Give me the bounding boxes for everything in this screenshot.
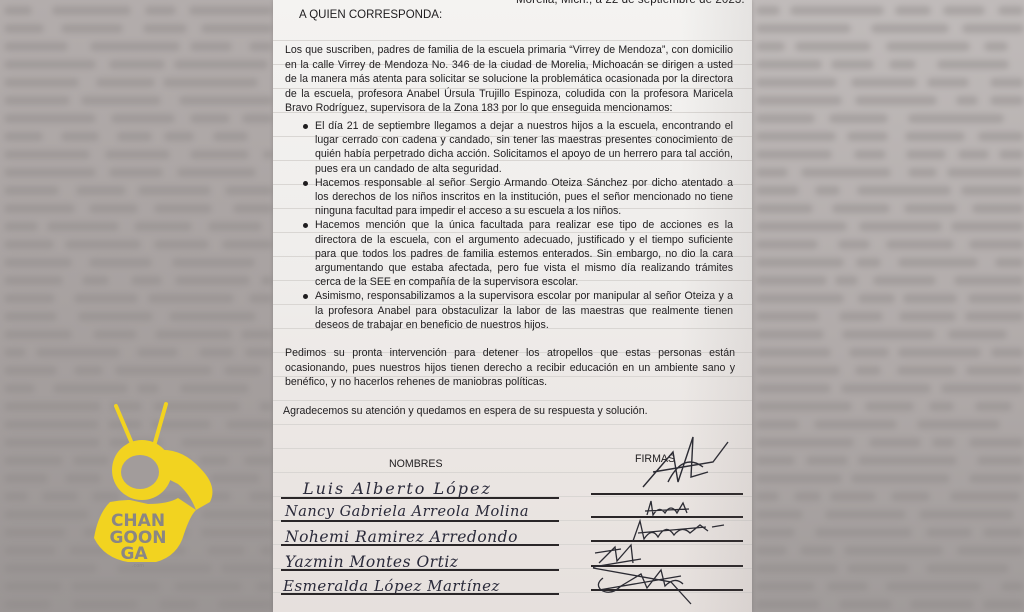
blurred-text-stripe: [851, 78, 917, 87]
ruled-line: [273, 424, 752, 425]
blurred-text-stripe: [847, 564, 909, 573]
blurred-text-stripe: [61, 132, 99, 141]
blurred-text-stripe: [756, 222, 847, 231]
blurred-text-stripe: [105, 150, 171, 159]
blurred-text-stripe: [871, 24, 949, 33]
blurred-text-stripe: [977, 456, 1024, 465]
blurred-text-stripe: [832, 204, 889, 213]
blurred-text-stripe: [260, 546, 273, 555]
blurred-text-stripe: [849, 348, 889, 357]
blurred-text-stripe: [950, 492, 1020, 501]
blurred-text-stripe: [991, 348, 1024, 357]
blurred-text-stripe: [137, 384, 159, 393]
blurred-text-stripe: [943, 6, 986, 15]
blurred-text-stripe: [199, 348, 234, 357]
blurred-text-stripe: [4, 366, 57, 375]
complaint-item: El día 21 de septiembre llegamos a dejar…: [285, 119, 733, 176]
blurred-text-stripe: [4, 60, 96, 69]
blurred-text-stripe: [174, 60, 268, 69]
blurred-text-stripe: [256, 582, 273, 591]
blurred-text-stripe: [856, 258, 881, 267]
blurred-text-stripe: [4, 384, 35, 393]
blurred-text-stripe: [948, 330, 1007, 339]
blurred-text-stripe: [966, 366, 1024, 375]
blurred-text-stripe: [825, 510, 907, 519]
blurred-text-stripe: [990, 78, 1024, 87]
blurred-text-stripe: [4, 6, 32, 15]
blurred-text-stripe: [74, 294, 139, 303]
blurred-text-stripe: [245, 348, 273, 357]
signature-scribble: [628, 517, 728, 545]
blurred-text-stripe: [756, 42, 785, 51]
blurred-text-stripe: [190, 114, 230, 123]
blurred-text-stripe: [756, 546, 787, 555]
blurred-text-stripe: [4, 600, 51, 609]
blurred-text-stripe: [134, 222, 191, 231]
blurred-text-stripe: [926, 564, 1009, 573]
blurred-text-stripe: [756, 600, 820, 609]
blurred-text-stripe: [65, 240, 141, 249]
blurred-text-stripe: [241, 330, 273, 339]
blurred-text-stripe: [756, 6, 780, 15]
blurred-text-stripe: [154, 240, 208, 249]
blurred-text-stripe: [71, 582, 160, 591]
blurred-text-stripe: [221, 564, 273, 573]
handwritten-name: Nancy Gabriela Arreola Molina: [285, 504, 529, 520]
blurred-text-stripe: [929, 402, 954, 411]
blurred-text-stripe: [794, 492, 821, 501]
signature-scribble: [643, 497, 713, 519]
blurred-text-stripe: [854, 150, 887, 159]
blurred-text-stripe: [898, 258, 979, 267]
blurred-text-stripe: [903, 294, 956, 303]
blurred-text-stripe: [886, 582, 981, 591]
blurred-text-stripe: [164, 132, 194, 141]
letter-salutation: A QUIEN CORRESPONDA:: [299, 9, 442, 21]
blurred-text-stripe: [800, 546, 834, 555]
blurred-text-stripe: [908, 168, 937, 177]
complaint-item: Hacemos responsable al señor Sergio Arma…: [285, 176, 733, 219]
blurred-text-stripe: [89, 204, 139, 213]
blurred-text-stripe: [756, 456, 795, 465]
blurred-text-stripe: [815, 186, 841, 195]
blurred-text-stripe: [82, 276, 109, 285]
blurred-text-stripe: [815, 528, 911, 537]
name-line: [281, 544, 559, 546]
blurred-text-stripe: [857, 186, 951, 195]
blurred-text-stripe: [4, 168, 96, 177]
blurred-text-stripe: [847, 132, 888, 141]
blurred-text-stripe: [4, 348, 26, 357]
blurred-text-stripe: [263, 150, 273, 159]
bullet-icon: [303, 181, 308, 186]
blurred-text-stripe: [998, 6, 1024, 15]
blurred-text-stripe: [177, 168, 255, 177]
name-line: [281, 569, 559, 571]
blurred-text-stripe: [756, 204, 813, 213]
blurred-text-stripe: [756, 510, 803, 519]
blurred-text-stripe: [790, 6, 884, 15]
blurred-text-stripe: [4, 150, 90, 159]
blurred-text-stripe: [4, 510, 89, 519]
blurred-text-stripe: [927, 78, 969, 87]
blurred-text-stripe: [76, 186, 126, 195]
bullet-icon: [303, 223, 308, 228]
blurred-text-stripe: [233, 204, 273, 213]
blurred-text-stripe: [61, 24, 123, 33]
blurred-text-stripe: [259, 402, 273, 411]
blurred-text-stripe: [962, 24, 1024, 33]
blurred-text-stripe: [93, 330, 137, 339]
blurred-text-stripe: [830, 492, 876, 501]
blurred-text-stripe: [4, 96, 70, 105]
blurred-text-stripe: [975, 402, 1012, 411]
blurred-text-stripe: [42, 492, 78, 501]
closing-request-paragraph: Pedimos su pronta intervención para dete…: [285, 346, 735, 390]
blurred-text-stripe: [53, 384, 128, 393]
blurred-text-stripe: [213, 132, 248, 141]
blurred-text-stripe: [831, 60, 874, 69]
blurred-text-stripe: [218, 600, 273, 609]
blurred-text-stripe: [801, 168, 891, 177]
blurred-text-stripe: [908, 114, 1004, 123]
bullet-icon: [303, 294, 308, 299]
blurred-text-stripe: [111, 114, 175, 123]
blurred-text-stripe: [190, 42, 232, 51]
blurred-text-stripe: [131, 276, 163, 285]
blurred-text-stripe: [961, 186, 1024, 195]
blurred-text-stripe: [244, 456, 273, 465]
blurred-text-stripe: [886, 240, 954, 249]
blurred-text-stripe: [958, 150, 988, 159]
blurred-text-stripe: [109, 60, 164, 69]
blurred-text-stripe: [895, 6, 931, 15]
bullet-icon: [303, 124, 308, 129]
name-line: [281, 520, 559, 522]
blurred-text-stripe: [159, 600, 197, 609]
blurred-text-stripe: [52, 6, 130, 15]
blurred-text-stripe: [1001, 582, 1024, 591]
names-column-header: NOMBRES: [389, 458, 443, 470]
blurred-text-stripe: [4, 330, 72, 339]
blurred-text-stripe: [756, 240, 818, 249]
blurred-text-stripe: [756, 438, 854, 447]
blurred-text-stripe: [154, 204, 212, 213]
blurred-text-stripe: [224, 366, 262, 375]
blurred-text-stripe: [889, 60, 917, 69]
closing-thanks-paragraph: Agradecemos su atención y quedamos en es…: [283, 405, 648, 417]
blurred-text-stripe: [954, 276, 1024, 285]
blurred-text-stripe: [78, 312, 152, 321]
blurred-text-stripe: [4, 546, 56, 555]
blurred-text-stripe: [904, 204, 956, 213]
blurred-text-stripe: [226, 420, 273, 429]
blurred-text-stripe: [990, 96, 1024, 105]
background-blurred-right: [752, 0, 1024, 612]
blurred-text-stripe: [90, 42, 180, 51]
blurred-text-stripe: [839, 600, 892, 609]
blurred-text-stripe: [756, 312, 819, 321]
blurred-text-stripe: [47, 222, 119, 231]
name-line: [281, 497, 559, 499]
blurred-text-stripe: [886, 42, 969, 51]
blurred-text-stripe: [4, 492, 28, 501]
signature-scribble: [591, 560, 701, 610]
blurred-text-stripe: [995, 258, 1024, 267]
blurred-text-stripe: [855, 366, 881, 375]
blurred-text-stripe: [999, 150, 1024, 159]
blurred-text-stripe: [756, 348, 831, 357]
blurred-text-stripe: [4, 294, 55, 303]
blurred-text-stripe: [222, 240, 273, 249]
blurred-text-stripe: [169, 312, 256, 321]
blurred-text-stripe: [72, 600, 139, 609]
complaint-item: Hacemos mención que la única facultada p…: [285, 218, 733, 289]
blurred-text-stripe: [983, 600, 1024, 609]
blurred-text-stripe: [172, 258, 255, 267]
blurred-text-stripe: [756, 384, 831, 393]
blurred-text-stripe: [951, 222, 1024, 231]
blurred-text-stripe: [756, 492, 779, 501]
blurred-text-stripe: [249, 42, 273, 51]
blurred-text-stripe: [814, 420, 897, 429]
blurred-text-stripe: [175, 276, 250, 285]
blurred-text-stripe: [756, 150, 832, 159]
signature-scribble: [633, 432, 733, 502]
blurred-text-stripe: [756, 564, 838, 573]
blurred-text-stripe: [835, 276, 857, 285]
blurred-text-stripe: [756, 114, 815, 123]
blurred-text-stripe: [897, 366, 956, 375]
blurred-text-stripe: [4, 186, 59, 195]
blurred-text-stripe: [117, 132, 153, 141]
blurred-text-stripe: [756, 582, 815, 591]
blurred-text-stripe: [4, 222, 38, 231]
blurred-text-stripe: [201, 24, 273, 33]
blurred-text-stripe: [827, 582, 868, 591]
blurred-text-stripe: [756, 186, 799, 195]
blurred-text-stripe: [163, 78, 257, 87]
blurred-text-stripe: [138, 186, 211, 195]
blurred-text-stripe: [208, 222, 262, 231]
blurred-text-stripe: [174, 582, 242, 591]
complaint-item: Asimismo, responsabilizamos a la supervi…: [285, 289, 733, 332]
blurred-text-stripe: [756, 294, 844, 303]
blurred-text-stripe: [906, 150, 946, 159]
ruled-line: [273, 400, 752, 401]
blurred-text-stripe: [858, 456, 958, 465]
blurred-text-stripe: [4, 312, 57, 321]
svg-text:GA: GA: [120, 544, 148, 564]
blurred-text-stripe: [148, 294, 234, 303]
blurred-text-stripe: [956, 96, 979, 105]
blurred-text-stripe: [756, 168, 788, 177]
blurred-text-stripe: [756, 78, 837, 87]
blurred-text-stripe: [969, 438, 1024, 447]
blurred-text-stripe: [873, 276, 937, 285]
blurred-text-stripe: [972, 204, 1024, 213]
blurred-text-stripe: [4, 528, 66, 537]
blurred-text-stripe: [261, 276, 273, 285]
blurred-text-stripe: [969, 240, 1024, 249]
blurred-text-stripe: [4, 42, 68, 51]
blurred-text-stripe: [917, 420, 1001, 429]
ruled-line: [273, 40, 752, 41]
letter-paper: Morelia, Mich., a 22 de septiembre de 20…: [273, 0, 752, 612]
blurred-text-stripe: [4, 456, 63, 465]
blurred-text-stripe: [957, 546, 1024, 555]
blurred-text-stripe: [189, 6, 273, 15]
blurred-text-stripe: [4, 24, 44, 33]
blurred-text-stripe: [756, 330, 824, 339]
blurred-text-stripe: [937, 60, 1009, 69]
blurred-text-stripe: [180, 384, 249, 393]
blurred-text-stripe: [806, 456, 848, 465]
blurred-text-stripe: [115, 366, 212, 375]
blurred-text-stripe: [855, 96, 937, 105]
blurred-text-stripe: [984, 42, 1008, 51]
blurred-text-stripe: [96, 78, 155, 87]
blurred-text-stripe: [968, 294, 1024, 303]
blurred-text-stripe: [756, 420, 799, 429]
blurred-text-stripe: [756, 24, 851, 33]
blurred-text-stripe: [190, 150, 248, 159]
blurred-text-stripe: [910, 600, 974, 609]
blurred-text-stripe: [4, 582, 62, 591]
blurred-text-stripe: [983, 528, 1024, 537]
blurred-text-stripe: [74, 366, 103, 375]
blurred-text-stripe: [81, 96, 161, 105]
blurred-text-stripe: [109, 168, 163, 177]
blurred-text-stripe: [859, 222, 942, 231]
blurred-text-stripe: [4, 240, 54, 249]
blurred-text-stripe: [926, 528, 973, 537]
blurred-text-stripe: [839, 312, 882, 321]
blurred-text-stripe: [4, 78, 79, 87]
blurred-text-stripe: [838, 240, 870, 249]
blurred-text-stripe: [143, 24, 187, 33]
name-line: [281, 593, 559, 595]
blurred-text-stripe: [851, 474, 950, 483]
blurred-text-stripe: [4, 132, 43, 141]
blurred-text-stripe: [891, 492, 930, 501]
blurred-text-stripe: [756, 96, 842, 105]
blurred-text-stripe: [756, 528, 795, 537]
blurred-text-stripe: [919, 510, 1013, 519]
blurred-text-stripe: [965, 312, 1024, 321]
blurred-text-stripe: [145, 6, 177, 15]
letter-intro-paragraph: Los que suscriben, padres de familia de …: [285, 43, 733, 116]
blurred-text-stripe: [978, 132, 1024, 141]
letter-dateline: Morelia, Mich., a 22 de septiembre de 20…: [516, 0, 745, 6]
blurred-text-stripe: [858, 294, 895, 303]
blurred-text-stripe: [795, 42, 871, 51]
handwritten-name: Luis Alberto López: [303, 479, 492, 498]
blurred-text-stripe: [898, 348, 981, 357]
blurred-text-stripe: [4, 474, 48, 483]
blurred-text-stripe: [842, 330, 935, 339]
blurred-text-stripe: [242, 114, 273, 123]
blurred-text-stripe: [225, 186, 273, 195]
blurred-text-stripe: [756, 366, 840, 375]
complaint-list: El día 21 de septiembre llegamos a dejar…: [285, 119, 733, 332]
blurred-text-stripe: [756, 132, 836, 141]
blurred-text-stripe: [249, 492, 273, 501]
blurred-text-stripe: [36, 348, 120, 357]
changoonga-logo: CHAN GOON GA .com: [78, 398, 228, 568]
blurred-text-stripe: [756, 474, 842, 483]
blurred-text-stripe: [932, 438, 955, 447]
blurred-text-stripe: [4, 114, 96, 123]
blurred-text-stripe: [249, 294, 273, 303]
blurred-text-stripe: [4, 204, 75, 213]
blurred-text-stripe: [4, 276, 63, 285]
blurred-text-stripe: [756, 276, 827, 285]
blurred-text-stripe: [137, 348, 178, 357]
svg-text:.com: .com: [132, 563, 144, 568]
blurred-text-stripe: [865, 402, 914, 411]
blurred-text-stripe: [844, 546, 943, 555]
blurred-text-stripe: [829, 114, 888, 123]
blurred-text-stripe: [756, 60, 822, 69]
blurred-text-stripe: [899, 312, 955, 321]
blurred-text-stripe: [947, 168, 1024, 177]
blurred-text-stripe: [969, 474, 1024, 483]
blurred-text-stripe: [841, 384, 931, 393]
blurred-text-stripe: [756, 402, 852, 411]
blurred-text-stripe: [4, 258, 72, 267]
blurred-text-stripe: [179, 96, 273, 105]
blurred-text-stripe: [89, 258, 152, 267]
blurred-text-stripe: [869, 438, 922, 447]
blurred-text-stripe: [756, 258, 844, 267]
blurred-text-stripe: [905, 132, 966, 141]
blurred-text-stripe: [155, 330, 232, 339]
blurred-text-stripe: [941, 384, 1024, 393]
